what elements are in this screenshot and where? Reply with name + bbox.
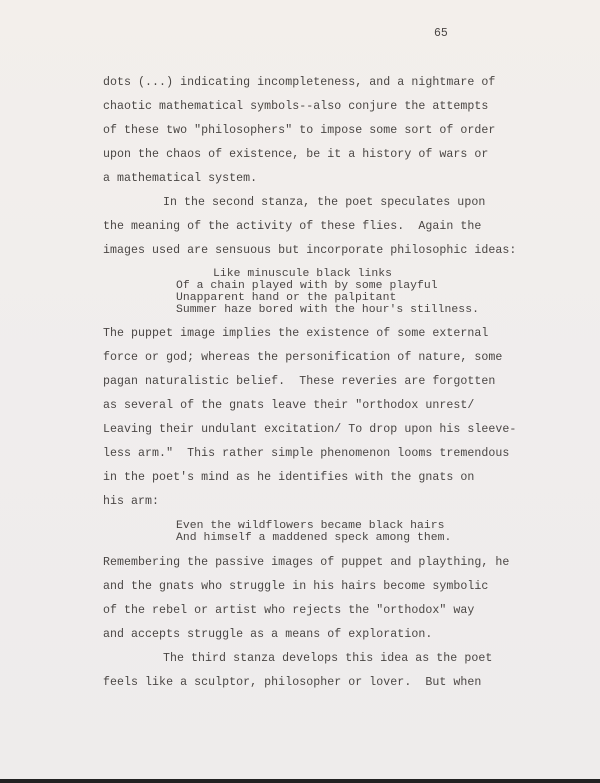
text-line: Remembering the passive images of puppet… — [103, 556, 509, 569]
paragraph-start-line: In the second stanza, the poet speculate… — [163, 196, 485, 209]
text-line: pagan naturalistic belief. These reverie… — [103, 375, 495, 388]
verse-line: Summer haze bored with the hour's stilln… — [176, 304, 479, 316]
text-line: less arm." This rather simple phenomenon… — [103, 447, 509, 460]
text-line: upon the chaos of existence, be it a his… — [103, 148, 488, 161]
verse-line: Unapparent hand or the palpitant — [176, 292, 396, 304]
text-line: and the gnats who struggle in his hairs … — [103, 580, 488, 593]
text-line: dots (...) indicating incompleteness, an… — [103, 76, 495, 89]
text-line: The puppet image implies the existence o… — [103, 327, 488, 340]
text-line: a mathematical system. — [103, 172, 257, 185]
page-number: 65 — [434, 27, 448, 40]
verse-line: And himself a maddened speck among them. — [176, 532, 451, 544]
verse-line: Like minuscule black links — [213, 268, 392, 280]
document-page: 65 dots (...) indicating incompleteness,… — [0, 0, 600, 780]
text-line: Leaving their undulant excitation/ To dr… — [103, 423, 516, 436]
text-line: and accepts struggle as a means of explo… — [103, 628, 432, 641]
verse-line: Even the wildflowers became black hairs — [176, 520, 445, 532]
verse-line: Of a chain played with by some playful — [176, 280, 438, 292]
scan-edge — [0, 779, 600, 783]
text-line: force or god; whereas the personificatio… — [103, 351, 502, 364]
text-line: of these two "philosophers" to impose so… — [103, 124, 495, 137]
text-line: images used are sensuous but incorporate… — [103, 244, 516, 257]
text-line: as several of the gnats leave their "ort… — [103, 399, 474, 412]
text-line: chaotic mathematical symbols--also conju… — [103, 100, 488, 113]
text-line: in the poet's mind as he identifies with… — [103, 471, 474, 484]
text-line: the meaning of the activity of these fli… — [103, 220, 481, 233]
paragraph-start-line: The third stanza develops this idea as t… — [163, 652, 492, 665]
text-line: of the rebel or artist who rejects the "… — [103, 604, 474, 617]
text-line: feels like a sculptor, philosopher or lo… — [103, 676, 481, 689]
text-line: his arm: — [103, 495, 159, 508]
